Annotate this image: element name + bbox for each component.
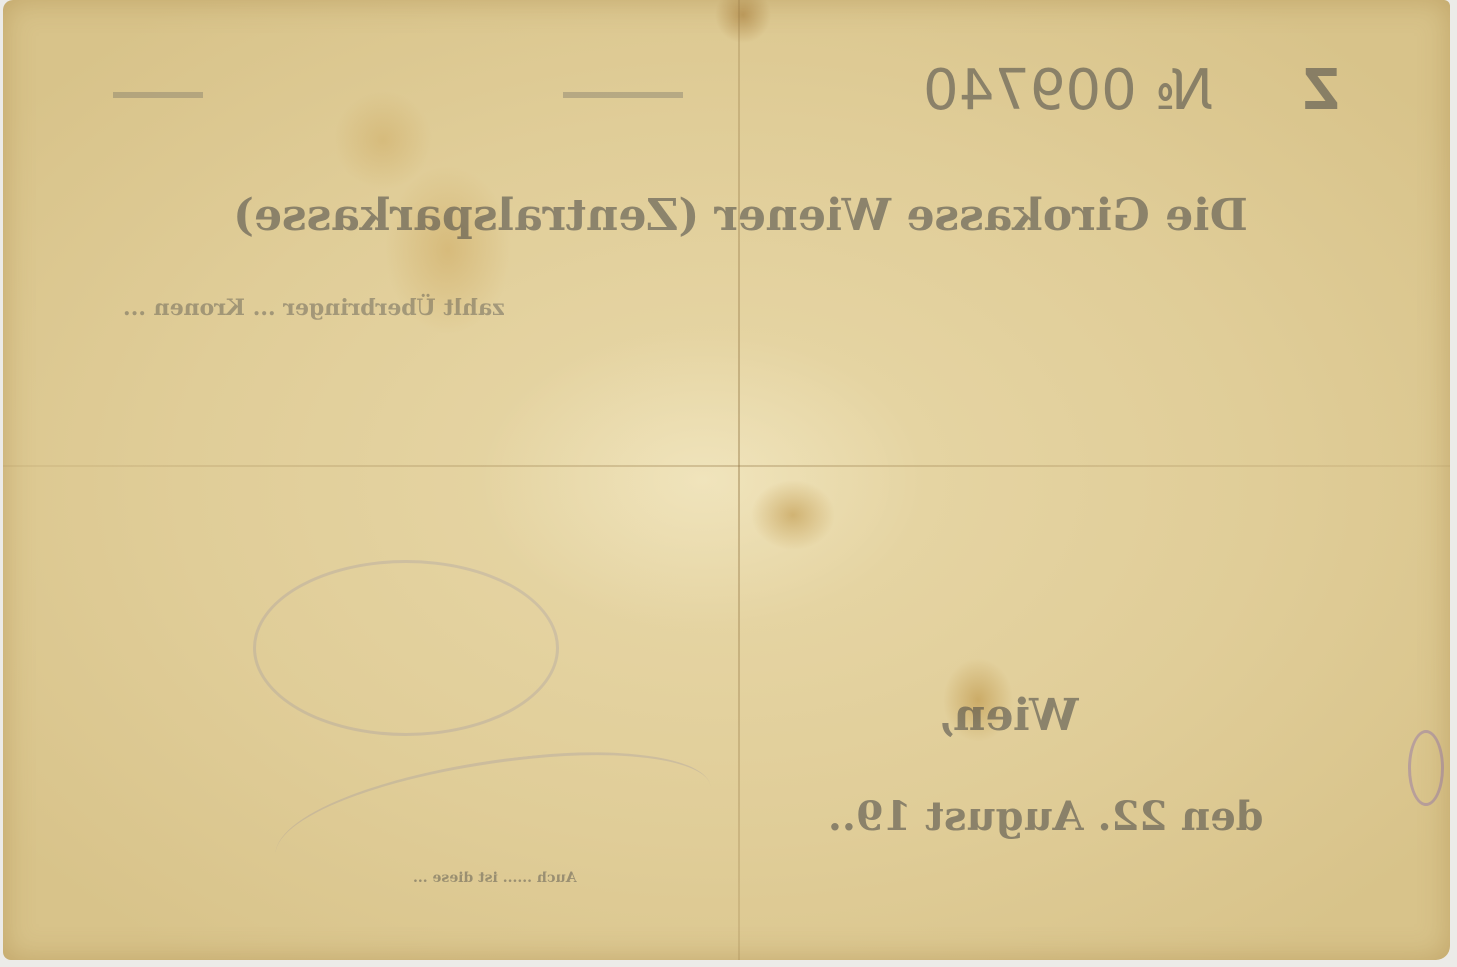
mirrored-date-text: den 22. August 19..: [828, 793, 1264, 840]
mirrored-serial-prefix: Z: [1303, 58, 1340, 123]
faded-signature: [268, 737, 718, 905]
faded-oval-stamp: [253, 560, 559, 736]
mirrored-body-text: zahlt Überbringer ... Kronen ...: [123, 295, 505, 321]
vertical-fold-crease: [738, 0, 740, 960]
horizontal-fold-crease: [3, 465, 1450, 467]
purple-ink-mark: [1408, 730, 1444, 806]
mirrored-city-text: Wien,: [938, 690, 1079, 741]
banknote-back: Z № 009740 Die Girokasse Wiener (Zentral…: [3, 0, 1450, 960]
mirrored-rule: [113, 92, 203, 98]
mirrored-rule: [563, 92, 683, 98]
mirrored-issuer-text: Die Girokasse Wiener (Zentralsparkasse): [233, 190, 1248, 241]
mirrored-serial-number: № 009740: [923, 58, 1213, 123]
